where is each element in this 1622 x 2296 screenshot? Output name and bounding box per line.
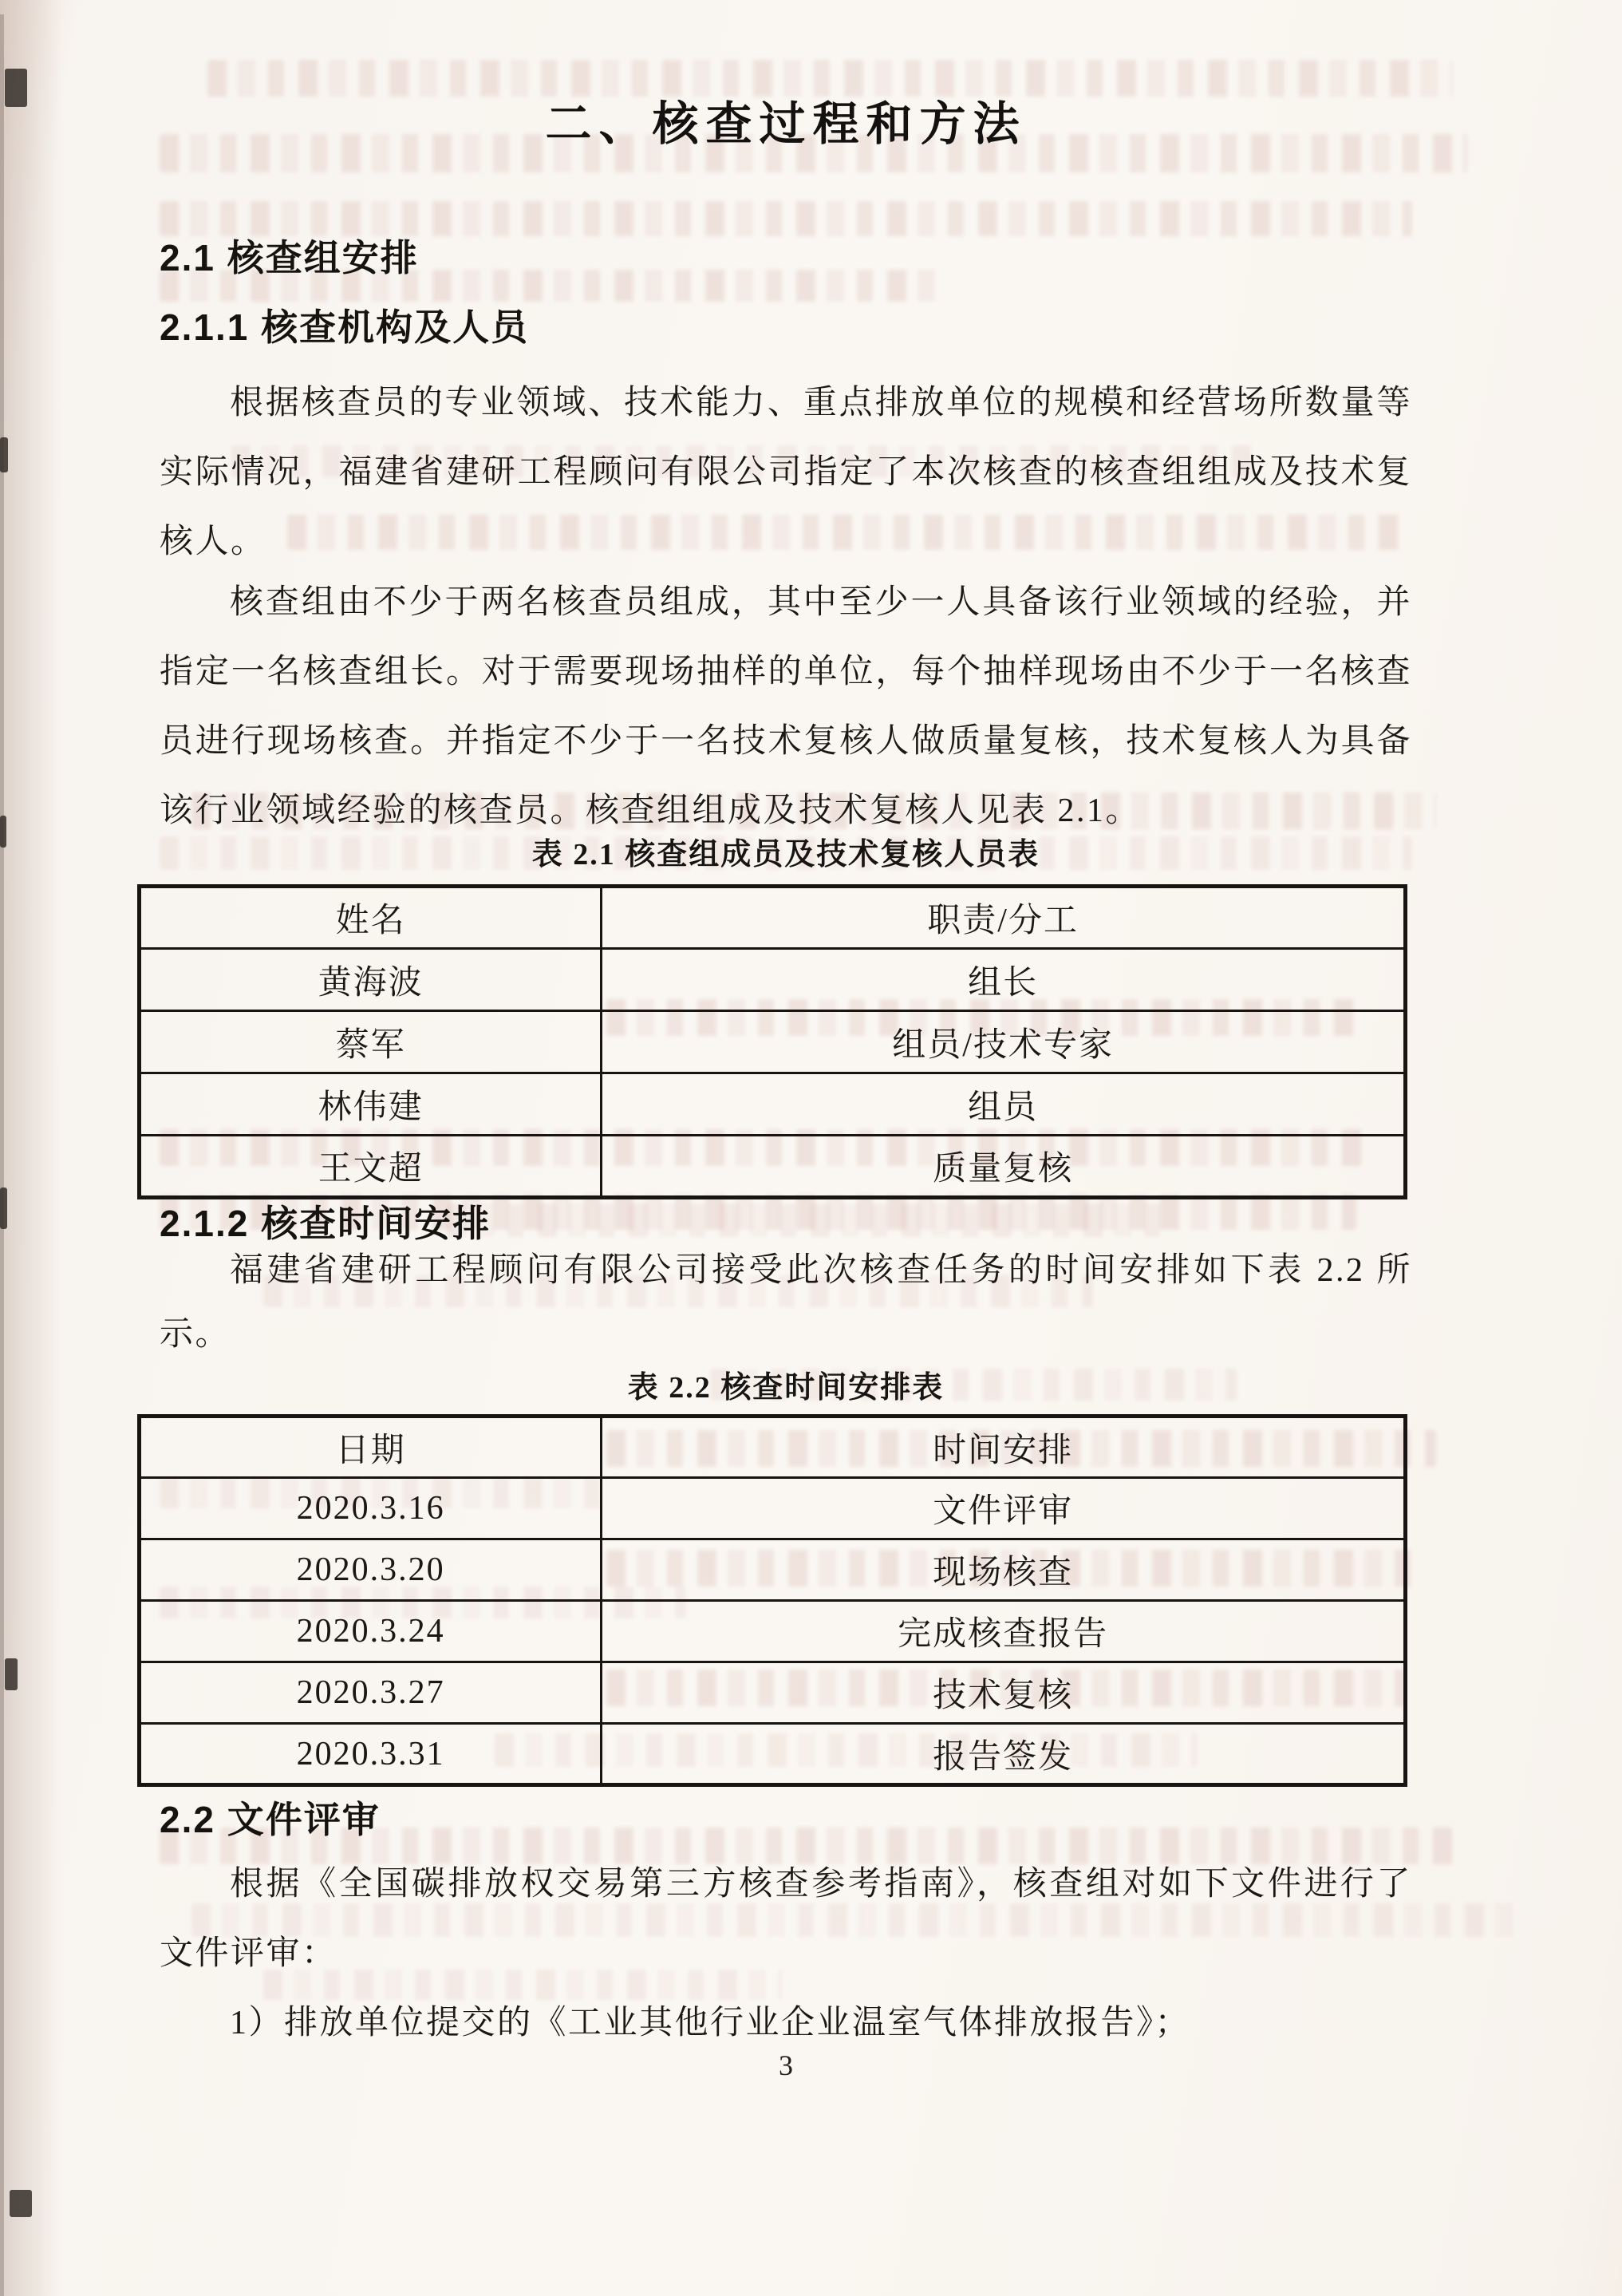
- table-header-date: 日期: [140, 1417, 602, 1478]
- cell-activity: 完成核查报告: [602, 1601, 1406, 1662]
- cell-activity: 技术复核: [602, 1662, 1406, 1724]
- paragraph-document-review: 根据《全国碳排放权交易第三方核查参考指南》，核查组对如下文件进行了文件评审：: [160, 1850, 1412, 1989]
- scan-speck: [10, 2190, 32, 2217]
- table-row: 林伟建 组员: [140, 1073, 1406, 1136]
- doc-title: 二、核查过程和方法: [160, 96, 1412, 153]
- cell-role: 组长: [602, 949, 1406, 1011]
- cell-date: 2020.3.24: [140, 1601, 602, 1662]
- table-row: 2020.3.31 报告签发: [140, 1724, 1406, 1785]
- table-row: 蔡军 组员/技术专家: [140, 1011, 1406, 1073]
- scan-speck: [5, 69, 27, 107]
- cell-date: 2020.3.31: [140, 1724, 602, 1785]
- table-row: 黄海波 组长: [140, 949, 1406, 1011]
- bleedthrough-artifact: [160, 201, 1412, 236]
- cell-role: 组员: [602, 1073, 1406, 1136]
- table-row: 2020.3.16 文件评审: [140, 1478, 1406, 1539]
- scan-speck: [0, 437, 8, 472]
- scan-speck: [5, 1658, 18, 1690]
- table-header-name: 姓名: [140, 887, 602, 949]
- paragraph-schedule-intro: 福建省建研工程顾问有限公司接受此次核查任务的时间安排如下表 2.2 所示。: [160, 1239, 1412, 1366]
- scan-speck: [0, 816, 6, 848]
- paragraph-team-composition: 核查组由不少于两名核查员组成，其中至少一人具备该行业领域的经验，并指定一名核查组…: [160, 568, 1412, 846]
- table-header-activity: 时间安排: [602, 1417, 1406, 1478]
- cell-date: 2020.3.27: [140, 1662, 602, 1724]
- scan-speck: [0, 1188, 7, 1229]
- cell-role: 质量复核: [602, 1136, 1406, 1198]
- table-2-1-team-members: 姓名 职责/分工 黄海波 组长 蔡军 组员/技术专家 林伟建 组员 王文超 质量…: [137, 884, 1407, 1199]
- cell-role: 组员/技术专家: [602, 1011, 1406, 1073]
- paragraph-verifier-selection: 根据核查员的专业领域、技术能力、重点排放单位的规模和经营场所数量等实际情况，福建…: [160, 369, 1412, 577]
- table-row: 姓名 职责/分工: [140, 887, 1406, 949]
- cell-name: 林伟建: [140, 1073, 602, 1136]
- table-2-2-schedule: 日期 时间安排 2020.3.16 文件评审 2020.3.20 现场核查 20…: [137, 1414, 1407, 1787]
- table-header-role: 职责/分工: [602, 887, 1406, 949]
- table-2-1-caption: 表 2.1 核查组成员及技术复核人员表: [160, 836, 1412, 873]
- table-row: 2020.3.20 现场核查: [140, 1539, 1406, 1601]
- scan-edge-line: [0, 14, 4, 2296]
- cell-activity: 报告签发: [602, 1724, 1406, 1785]
- table-row: 王文超 质量复核: [140, 1136, 1406, 1198]
- bleedthrough-artifact: [207, 60, 1452, 97]
- cell-date: 2020.3.20: [140, 1539, 602, 1601]
- section-heading-2-2: 2.2 文件评审: [160, 1797, 1412, 1842]
- cell-activity: 文件评审: [602, 1478, 1406, 1539]
- table-row: 2020.3.27 技术复核: [140, 1662, 1406, 1724]
- table-2-2-caption: 表 2.2 核查时间安排表: [160, 1369, 1412, 1406]
- cell-name: 蔡军: [140, 1011, 602, 1073]
- scanned-document-page: 二、核查过程和方法 2.1 核查组安排 2.1.1 核查机构及人员 根据核查员的…: [0, 0, 1622, 2296]
- cell-activity: 现场核查: [602, 1539, 1406, 1601]
- cell-name: 黄海波: [140, 949, 602, 1011]
- section-heading-2-1: 2.1 核查组安排: [160, 235, 1412, 280]
- cell-name: 王文超: [140, 1136, 602, 1198]
- table-row: 日期 时间安排: [140, 1417, 1406, 1478]
- cell-date: 2020.3.16: [140, 1478, 602, 1539]
- page-number: 3: [160, 2048, 1412, 2083]
- page-edge-shadow: [0, 0, 62, 2296]
- section-heading-2-1-1: 2.1.1 核查机构及人员: [160, 305, 1412, 350]
- table-row: 2020.3.24 完成核查报告: [140, 1601, 1406, 1662]
